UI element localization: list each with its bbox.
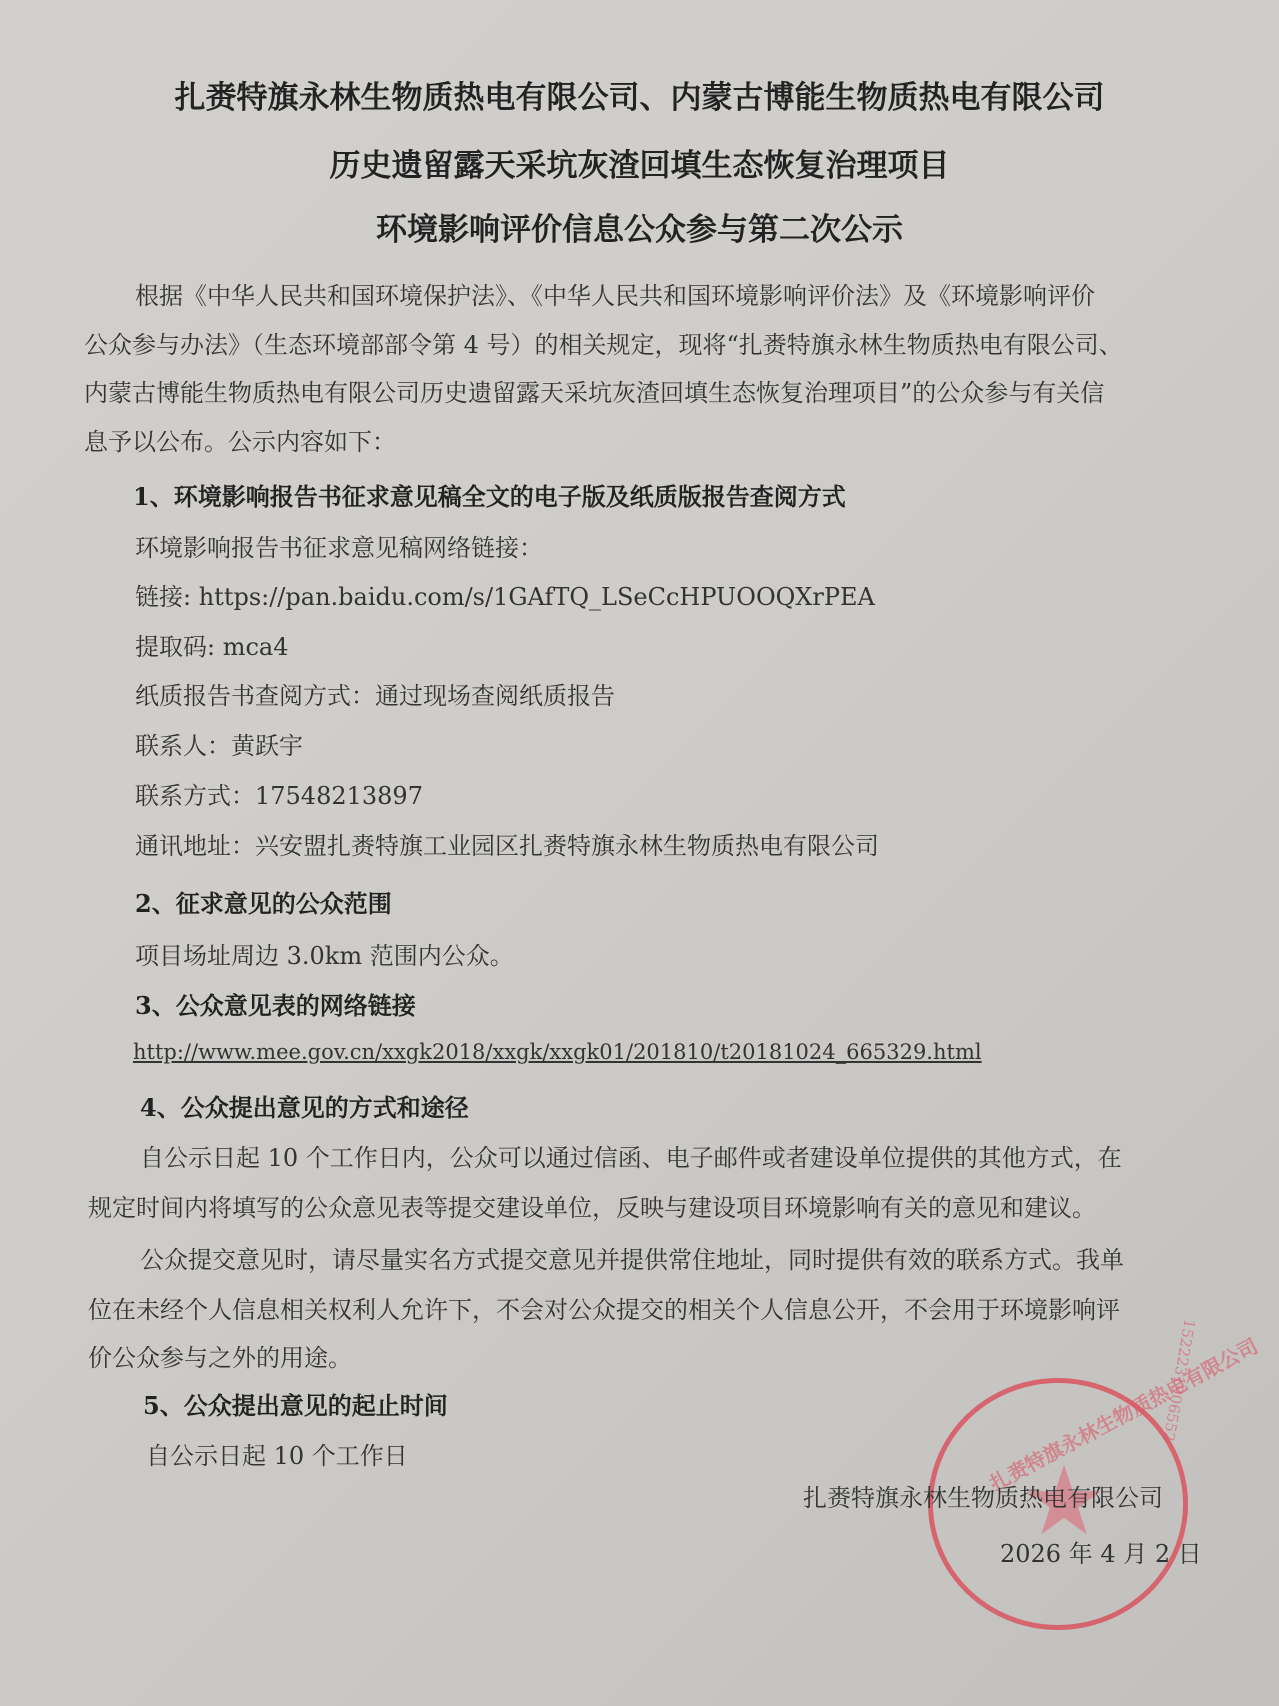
section-4-line-2: 规定时间内将填写的公众意见表等提交建设单位，反映与建设项目环境影响有关的意见和建… xyxy=(88,1188,1096,1223)
intro-line-1: 根据《中华人民共和国环境保护法》、《中华人民共和国环境影响评价法》及《环境影响评… xyxy=(135,276,1095,311)
section-4-line-4: 位在未经个人信息相关权利人允许下，不会对公众提交的相关个人信息公开，不会用于环境… xyxy=(88,1290,1120,1325)
contact-phone: 联系方式：17548213897 xyxy=(135,776,423,811)
section-5-heading: 5、公众提出意见的起止时间 xyxy=(143,1386,448,1421)
intro-line-2: 公众参与办法》（生态环境部部令第 4 号）的相关规定，现将“扎赉特旗永林生物质热… xyxy=(84,325,1123,360)
report-link-label: 环境影响报告书征求意见稿网络链接： xyxy=(135,528,543,563)
title-line-2: 历史遗留露天采坑灰渣回填生态恢复治理项目 xyxy=(0,140,1279,185)
section-4-heading: 4、公众提出意见的方式和途径 xyxy=(140,1088,469,1123)
opinion-form-link[interactable]: http://www.mee.gov.cn/xxgk2018/xxgk/xxgk… xyxy=(133,1040,982,1064)
paper-report-method: 纸质报告书查阅方式：通过现场查阅纸质报告 xyxy=(135,676,615,711)
report-link[interactable]: 链接: https://pan.baidu.com/s/1GAfTQ_LSeCc… xyxy=(135,577,875,612)
intro-line-3: 内蒙古博能生物质热电有限公司历史遗留露天采坑灰渣回填生态恢复治理项目”的公众参与… xyxy=(84,373,1104,408)
title-line-1: 扎赉特旗永林生物质热电有限公司、内蒙古博能生物质热电有限公司 xyxy=(0,72,1279,117)
signature-date: 2026 年 4 月 2 日 xyxy=(1000,1534,1202,1569)
section-3-heading: 3、公众意见表的网络链接 xyxy=(135,986,416,1021)
mailing-address: 通讯地址：兴安盟扎赉特旗工业园区扎赉特旗永林生物质热电有限公司 xyxy=(135,826,879,861)
signature-company: 扎赉特旗永林生物质热电有限公司 xyxy=(803,1478,1163,1513)
seal-text: 扎赉特旗永林生物质热电有限公司 xyxy=(984,1330,1262,1496)
contact-person: 联系人：黄跃宇 xyxy=(135,726,303,761)
section-2-heading: 2、征求意见的公众范围 xyxy=(135,884,392,919)
section-1-heading: 1、环境影响报告书征求意见稿全文的电子版及纸质版报告查阅方式 xyxy=(133,477,846,512)
document-page: 扎赉特旗永林生物质热电有限公司、内蒙古博能生物质热电有限公司 历史遗留露天采坑灰… xyxy=(0,0,1279,1706)
section-4-line-1: 自公示日起 10 个工作日内，公众可以通过信函、电子邮件或者建设单位提供的其他方… xyxy=(140,1138,1122,1173)
comment-period: 自公示日起 10 个工作日 xyxy=(146,1436,408,1471)
title-line-3: 环境影响评价信息公众参与第二次公示 xyxy=(0,204,1279,249)
extraction-code: 提取码: mca4 xyxy=(135,627,289,662)
section-4-line-5: 价公众参与之外的用途。 xyxy=(88,1338,352,1373)
section-4-line-3: 公众提交意见时，请尽量实名方式提交意见并提供常住地址，同时提供有效的联系方式。我… xyxy=(140,1240,1124,1275)
public-scope: 项目场址周边 3.0km 范围内公众。 xyxy=(135,936,514,971)
intro-line-4: 息予以公布。公示内容如下： xyxy=(84,422,396,457)
